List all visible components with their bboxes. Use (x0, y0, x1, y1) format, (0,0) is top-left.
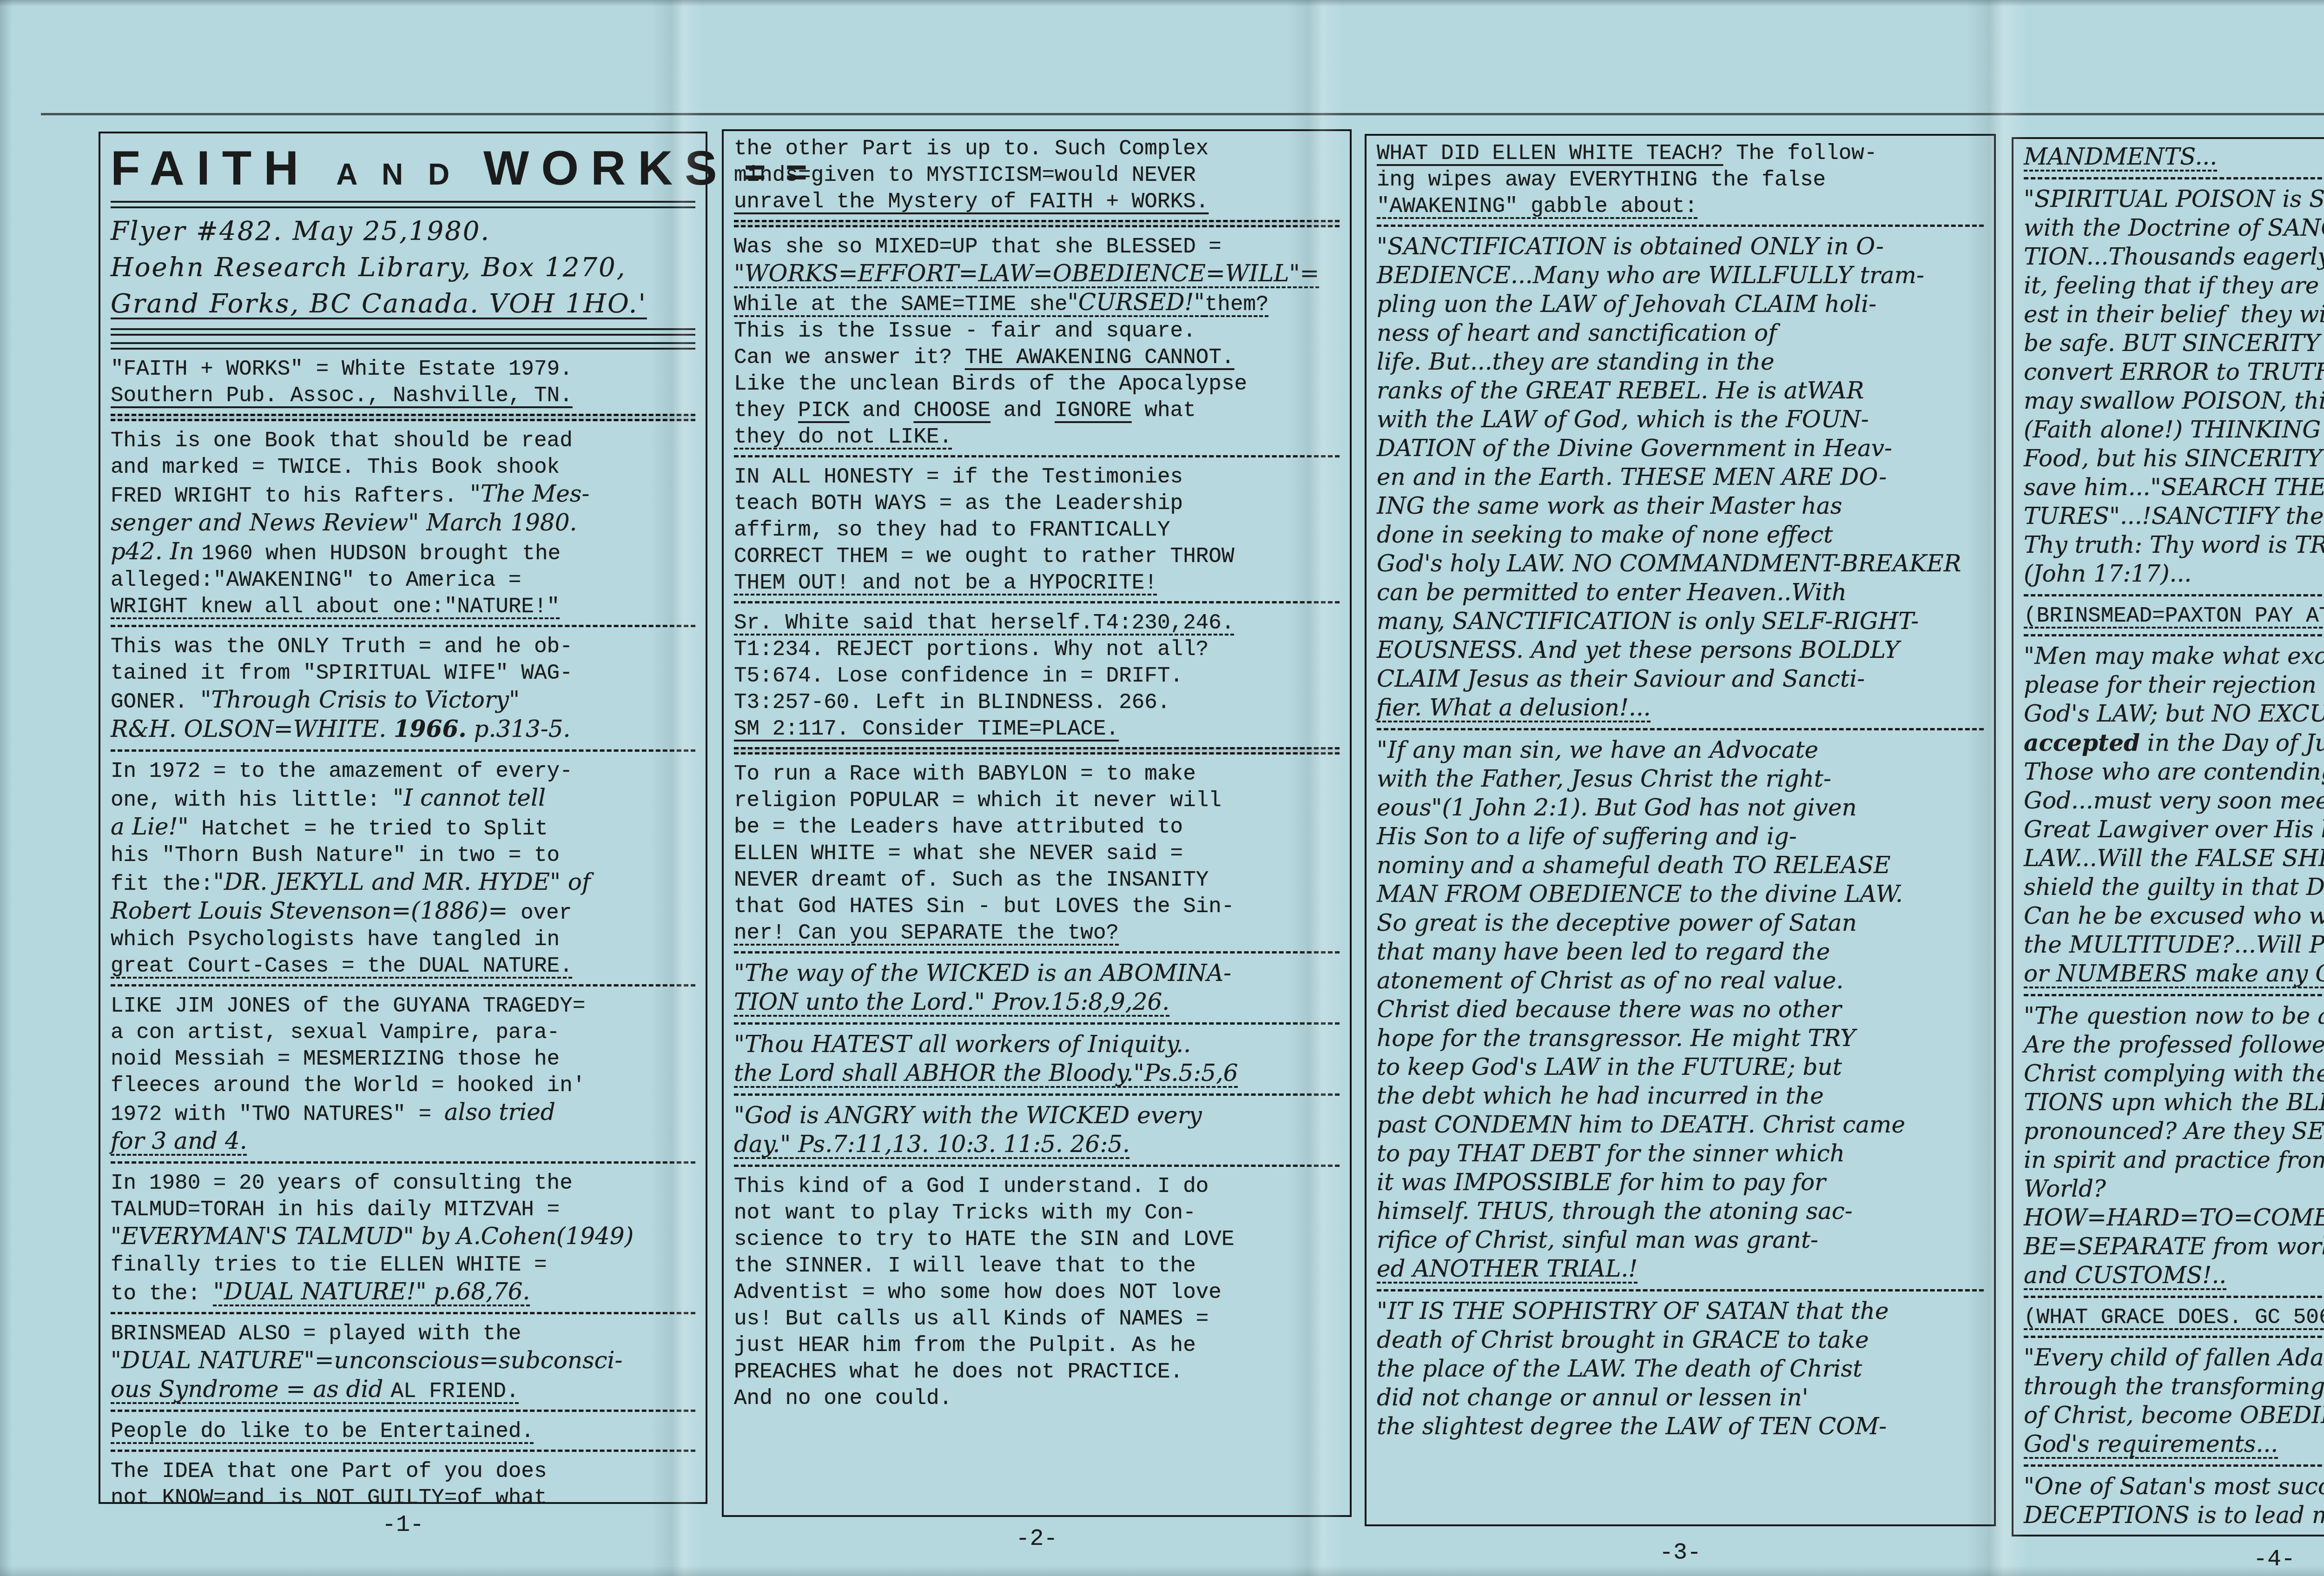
divider (111, 328, 695, 336)
text-block: In 1980 = 20 years of consulting the TAL… (111, 1170, 695, 1307)
divider (111, 625, 695, 627)
divider (111, 984, 695, 987)
divider (2024, 1464, 2324, 1467)
text-block: Was she so MIXED=UP that she BLESSED = "… (734, 234, 1340, 450)
text-run: "The question now to be asked is Are the… (2024, 1002, 2324, 1260)
divider (111, 201, 695, 208)
text-block: "IT IS THE SOPHISTRY OF SATAN that the d… (1377, 1298, 1984, 1442)
text-run: "DUAL NATURE!" p.68,76. (213, 1278, 530, 1305)
text-block: "God is ANGRY with the WICKED every day.… (734, 1102, 1340, 1160)
top-rule (41, 113, 2324, 115)
text-block: (BRINSMEAD=PAXTON PAY ATTENTION) (2024, 603, 2324, 629)
divider (1377, 728, 1984, 730)
divider (734, 1165, 1340, 1167)
text-run: them? (1205, 292, 1269, 317)
text-run: God's requirements... (2024, 1430, 2278, 1457)
text-run: the Lord shall ABHOR the Bloody."Ps.5:5,… (734, 1059, 1238, 1086)
divider (1377, 225, 1984, 227)
text-run: "EVERYMAN'S TALMUD" by A.Cohen(1949) (111, 1223, 634, 1250)
text-run: for 3 and 4. (111, 1127, 247, 1154)
text-block: "The question now to be asked is Are the… (2024, 1003, 2324, 1291)
text-run: day." Ps.7:11,13. 10:3. 11:5. 26:5. (734, 1131, 1130, 1158)
text-run: also tried (444, 1099, 555, 1126)
text-block: People do like to be Entertained. (111, 1418, 695, 1445)
text-run: IN ALL HONESTY = if the Testimonies teac… (734, 465, 1235, 569)
text-run: TION unto the Lord." Prov.15:8,9,26. (734, 988, 1169, 1015)
text-run: To run a Race with BABYLON = to make rel… (734, 762, 1235, 919)
page-number-3: -3- (1365, 1540, 1996, 1566)
text-block: "If any man sin, we have an Advocate wit… (1377, 737, 1984, 1285)
text-run: AL FRIEND. (391, 1379, 519, 1404)
text-block: This kind of a God I understand. I do no… (734, 1173, 1340, 1412)
divider (111, 1312, 695, 1314)
text-block: "SPIRITUAL POISON is SUGARCOATED with th… (2024, 186, 2324, 589)
text-block: "Men may make what excuse they please fo… (2024, 643, 2324, 989)
text-block: Flyer #482. May 25,1980. Hoehn Research … (111, 215, 695, 324)
divider (111, 1450, 695, 1452)
divider (734, 455, 1340, 457)
text-run: BRINSMEAD ALSO = played with the (111, 1322, 521, 1346)
divider (734, 1093, 1340, 1096)
divider (111, 1410, 695, 1412)
divider (111, 1161, 695, 1164)
text-block: BRINSMEAD ALSO = played with the "DUAL N… (111, 1321, 695, 1405)
flyer-sheet: FAITH A N D WORKS = =Flyer #482. May 25,… (0, 0, 2324, 1576)
text-run: T1:234. REJECT portions. Why not all? T5… (734, 637, 1208, 715)
text-run: In 1980 = 20 years of consulting the TAL… (111, 1171, 573, 1222)
text-run: 1966. (394, 715, 467, 742)
text-run: "DUAL NATURE"=unconscious=subconsci- (111, 1347, 623, 1374)
text-run: "FAITH + WORKS" = White Estate 1979. (111, 357, 573, 381)
text-run: ed ANOTHER TRIAL.! (1377, 1255, 1637, 1282)
divider (2024, 177, 2324, 179)
text-block: LIKE JIM JONES of the GUYANA TRAGEDY= a … (111, 993, 695, 1157)
divider (734, 220, 1340, 227)
text-run: IGNORE (1055, 398, 1132, 423)
text-run: "Men may make what excuse they please fo… (2024, 642, 2324, 727)
text-block: "SANCTIFICATION is obtained ONLY in O- B… (1377, 233, 1984, 723)
text-run: ner! Can you SEPARATE the two? (734, 921, 1119, 945)
divider (1377, 1289, 1984, 1291)
text-run: While at the SAME=TIME she (734, 292, 1068, 317)
text-run: "IT IS THE SOPHISTRY OF SATAN that the d… (1377, 1298, 1889, 1440)
masthead-title: FAITH A N D WORKS = = (111, 141, 695, 196)
text-run: A N D (336, 158, 458, 191)
text-block: "Every child of fallen Adam must, throug… (2024, 1344, 2324, 1460)
page-number-4: -4- (2012, 1546, 2324, 1573)
text-block: the other Part is up to. Such Complex mi… (734, 136, 1340, 215)
text-run: ous Syndrome = as did (111, 1376, 391, 1403)
text-run: Was she so MIXED=UP that she BLESSED = (734, 235, 1221, 259)
text-run: Flyer #482. May 25,1980. Hoehn Research … (111, 216, 626, 283)
text-block: (WHAT GRACE DOES. GC 506.SM1:254) (2024, 1305, 2324, 1331)
text-run: what (1132, 398, 1196, 423)
text-block: This was the ONLY Truth = and he ob- tai… (111, 634, 695, 745)
text-run: "God is ANGRY with the WICKED every (734, 1102, 1202, 1129)
text-run: "Every child of fallen Adam must, throug… (2024, 1344, 2324, 1429)
text-run: "The way of the WICKED is an ABOMINA- (734, 960, 1231, 987)
text-block: To run a Race with BABYLON = to make rel… (734, 761, 1340, 947)
text-run: WORKS (458, 141, 729, 195)
text-block: WHAT DID ELLEN WHITE TEACH? The follow- … (1377, 140, 1984, 220)
text-block: MANDMENTS... (2024, 144, 2324, 172)
text-run: "SPIRITUAL POISON is SUGARCOATED with th… (2024, 185, 2324, 587)
text-run: accepted (2024, 729, 2140, 756)
text-run: "SANCTIFICATION is obtained ONLY in O- B… (1377, 233, 1961, 692)
text-block: "FAITH + WORKS" = White Estate 1979. Sou… (111, 356, 695, 409)
text-run: PICK (798, 398, 849, 423)
text-run: p.313-5. (467, 715, 571, 742)
text-block: This is one Book that should be read and… (111, 428, 695, 620)
divider (111, 749, 695, 752)
page-number-1: -1- (99, 1512, 707, 1538)
column-1: FAITH A N D WORKS = =Flyer #482. May 25,… (99, 132, 707, 1504)
column-3: WHAT DID ELLEN WHITE TEACH? The follow- … (1365, 134, 1996, 1526)
divider (2024, 594, 2324, 596)
text-run: Southern Pub. Assoc., Nashville, TN. (111, 384, 573, 408)
text-block: Sr. White said that herself.T4:230,246. … (734, 610, 1340, 742)
text-run: WRIGHT knew all about one:"NATURE!" (111, 595, 560, 619)
text-block: "Thou HATEST all workers of Iniquity.. t… (734, 1031, 1340, 1089)
text-block: "The way of the WICKED is an ABOMINA- TI… (734, 960, 1340, 1018)
text-run: and (990, 398, 1055, 423)
divider (111, 342, 695, 350)
text-run: "Thou HATEST all workers of Iniquity.. (734, 1031, 1191, 1058)
text-run: "If any man sin, we have an Advocate wit… (1377, 736, 1905, 1253)
divider (2024, 634, 2324, 636)
text-run: CHOOSE (913, 398, 990, 423)
text-run: THEM OUT! and not be a HYPOCRITE! (734, 571, 1157, 595)
text-run: This kind of a God I understand. I do no… (734, 1174, 1235, 1410)
text-run: The IDEA that one Part of you does not K… (111, 1459, 547, 1510)
page-number-2: -2- (722, 1526, 1352, 1552)
text-run: FAITH (111, 141, 336, 195)
text-block: "One of Satan's most successful DECEPTIO… (2024, 1473, 2324, 1531)
text-run: SM 2:117. Consider TIME=PLACE. (734, 717, 1119, 741)
text-run: THE AWAKENING CANNOT. (965, 345, 1235, 370)
divider (734, 601, 1340, 603)
text-run: Sr. White said that herself.T4:230,246. (734, 611, 1235, 635)
text-run: "One of Satan's most successful DECEPTIO… (2024, 1473, 2324, 1529)
text-run: WHAT DID ELLEN WHITE TEACH? (1377, 141, 1723, 166)
text-run: (WHAT GRACE DOES. GC 506.SM1:254) (2024, 1305, 2324, 1330)
text-run: unravel the Mystery of FAITH + WORKS. (734, 190, 1208, 214)
divider (2024, 1296, 2324, 1298)
divider (2024, 994, 2324, 996)
text-run: "AWAKENING" gabble about: (1377, 194, 1697, 219)
text-run: "WORKS=EFFORT=LAW=OBEDIENCE=WILL"= (734, 260, 1319, 287)
column-4: MANDMENTS..."SPIRITUAL POISON is SUGARCO… (2012, 137, 2324, 1536)
column-2: the other Part is up to. Such Complex mi… (722, 129, 1352, 1517)
text-run: MANDMENTS... (2024, 143, 2217, 170)
divider (734, 951, 1340, 954)
divider (734, 1022, 1340, 1025)
divider (2024, 1336, 2324, 1338)
text-run: they do not LIKE. (734, 425, 952, 449)
text-run: in the Day of Judgment. Those who are co… (2024, 729, 2324, 958)
divider (734, 747, 1340, 755)
text-run: (BRINSMEAD=PAXTON PAY ATTENTION) (2024, 604, 2324, 628)
divider (111, 414, 695, 421)
text-block: The IDEA that one Part of you does not K… (111, 1458, 695, 1511)
text-block: In 1972 = to the amazement of every- one… (111, 758, 695, 980)
text-run: or NUMBERS make any GUILTLESS?. (2024, 960, 2324, 987)
text-run: "CURSED!" (1068, 289, 1205, 316)
text-run: great Court-Cases = the DUAL NATURE. (111, 954, 573, 978)
text-run: People do like to be Entertained. (111, 1419, 534, 1444)
text-run: the other Part is up to. Such Complex mi… (734, 137, 1208, 187)
text-block: IN ALL HONESTY = if the Testimonies teac… (734, 464, 1340, 596)
text-run: and CUSTOMS!.. (2024, 1262, 2226, 1289)
text-run: fier. What a delusion!... (1377, 694, 1651, 721)
text-run: Grand Forks, BC Canada. VOH 1HO.' (111, 289, 647, 319)
text-run: and (849, 398, 913, 423)
